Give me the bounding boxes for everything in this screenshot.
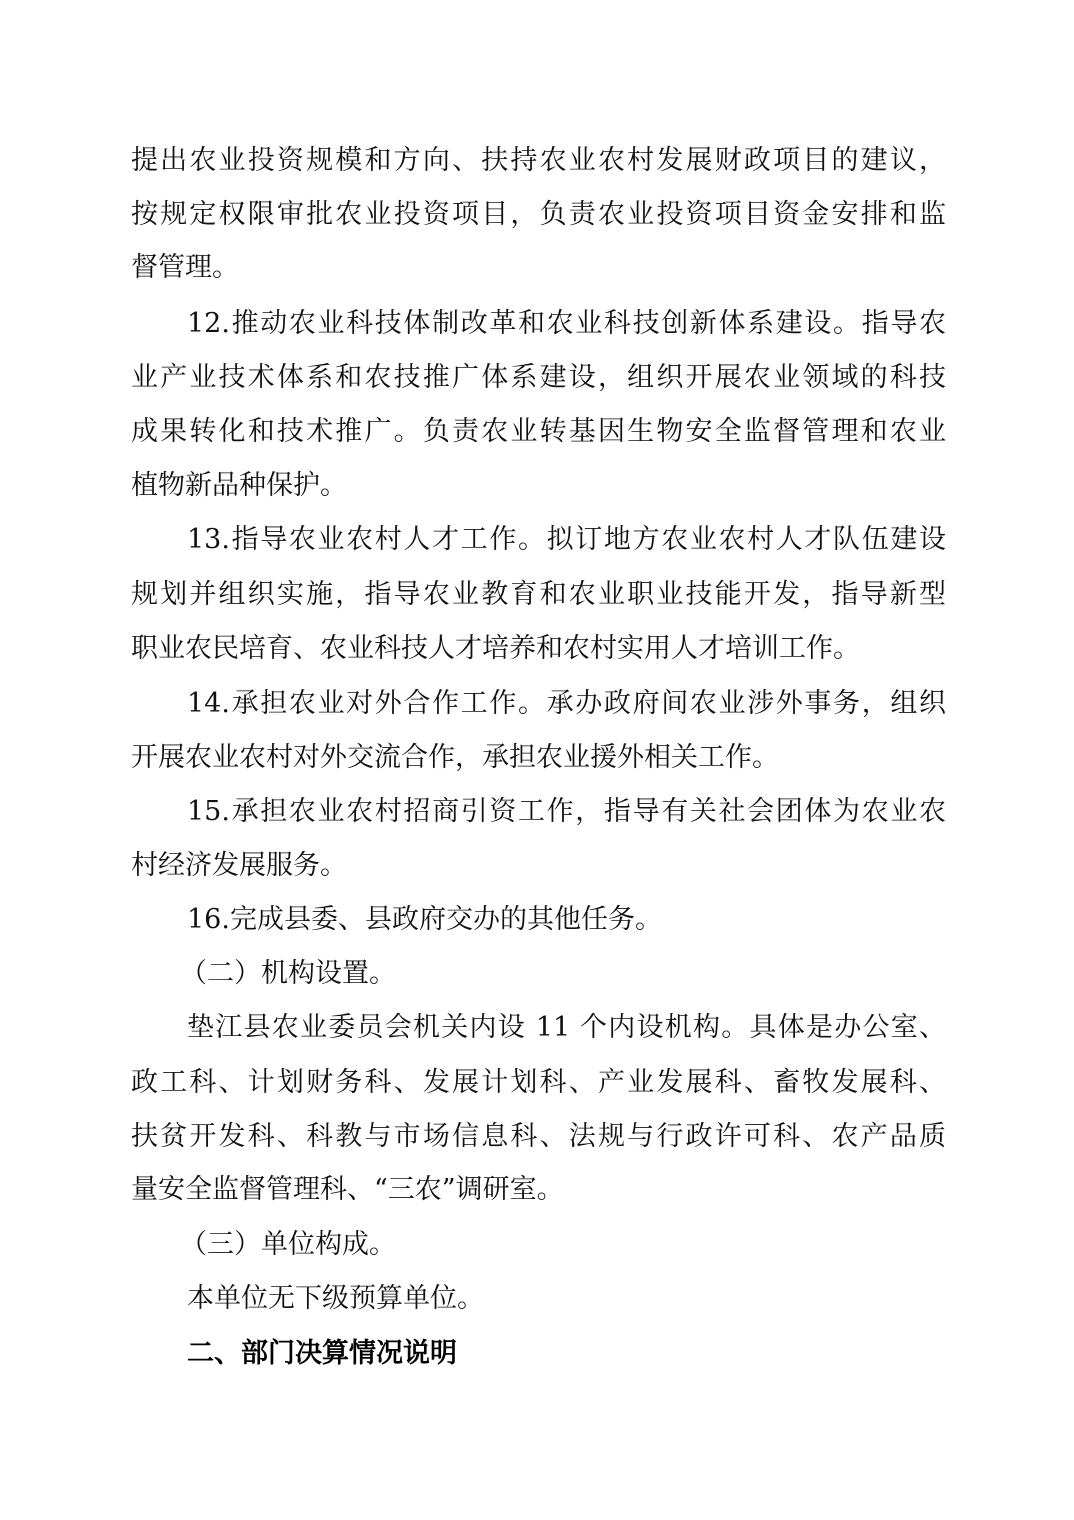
paragraph-line: 成果转化和技术推广。负责农业转基因生物安全监督管理和农业	[131, 412, 946, 452]
subheading: （二）机构设置。	[180, 954, 939, 994]
document-page: 提出农业投资规模和方向、扶持农业农村发展财政项目的建议， 按规定权限审批农业投资…	[0, 0, 1074, 1520]
paragraph-line: 16.完成县委、县政府交办的其他任务。	[187, 900, 946, 940]
paragraph-line: 职业农民培育、农业科技人才培养和农村实用人才培训工作。	[131, 629, 946, 669]
paragraph-line: 扶贫开发科、科教与市场信息科、法规与行政许可科、农产品质	[131, 1117, 946, 1157]
paragraph-line: 12.推动农业科技体制改革和农业科技创新体系建设。指导农	[187, 304, 946, 344]
paragraph-line: 14.承担农业对外合作工作。承办政府间农业涉外事务，组织	[187, 684, 946, 724]
paragraph-line: 提出农业投资规模和方向、扶持农业农村发展财政项目的建议，	[131, 141, 946, 181]
paragraph-line: 按规定权限审批农业投资项目，负责农业投资项目资金安排和监	[131, 195, 946, 235]
paragraph-line: 本单位无下级预算单位。	[187, 1279, 946, 1319]
paragraph-line: 量安全监督管理科、“三农”调研室。	[131, 1170, 946, 1210]
paragraph-line: 业产业技术体系和农技推广体系建设，组织开展农业领域的科技	[131, 358, 946, 398]
paragraph-line: 督管理。	[131, 248, 946, 288]
subheading: （三）单位构成。	[180, 1225, 939, 1265]
paragraph-line: 13.指导农业农村人才工作。拟订地方农业农村人才队伍建设	[187, 520, 946, 560]
paragraph-line: 垫江县农业委员会机关内设 11 个内设机构。具体是办公室、	[187, 1008, 946, 1048]
paragraph-line: 村经济发展服务。	[131, 846, 946, 886]
paragraph-line: 规划并组织实施，指导农业教育和农业职业技能开发，指导新型	[131, 575, 946, 615]
paragraph-line: 植物新品种保护。	[131, 466, 946, 506]
section-heading: 二、部门决算情况说明	[187, 1334, 457, 1374]
paragraph-line: 开展农业农村对外交流合作，承担农业援外相关工作。	[131, 738, 946, 778]
paragraph-line: 政工科、计划财务科、发展计划科、产业发展科、畜牧发展科、	[131, 1063, 946, 1103]
paragraph-line: 15.承担农业农村招商引资工作，指导有关社会团体为农业农	[187, 792, 946, 832]
